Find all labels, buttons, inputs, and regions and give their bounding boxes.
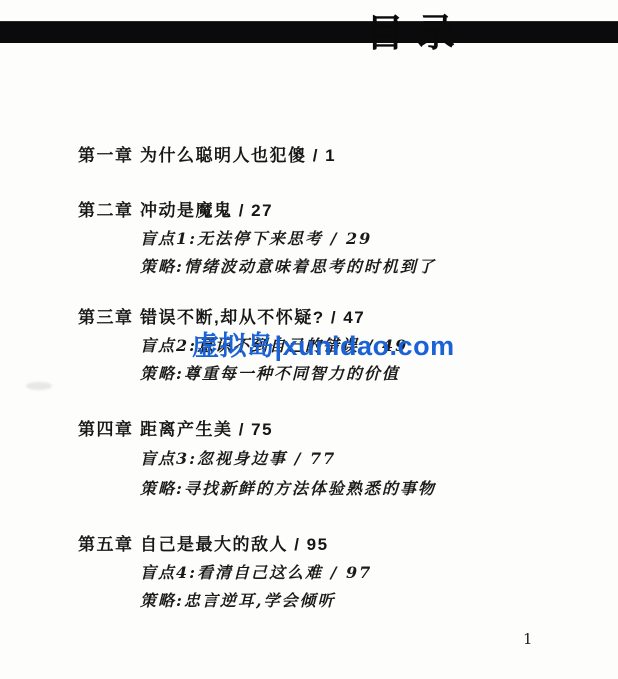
chapter-label: 第三章 — [78, 303, 140, 328]
chapter-title: 距离产生美 / 75 — [140, 420, 273, 439]
chapter-label: 第一章 — [78, 141, 140, 166]
toc-chapter-1: 第一章为什么聪明人也犯傻 / 1 — [78, 141, 336, 166]
toc-chapter-4: 第四章距离产生美 / 75 — [78, 415, 273, 440]
chapter-title: 自己是最大的敌人 / 95 — [140, 535, 329, 554]
page-number: 1 — [523, 630, 533, 648]
blind-spot-line: 盲点4:看清自己这么难 / 97 — [140, 560, 372, 583]
strategy-line: 策略:情绪波动意味着思考的时机到了 — [140, 254, 436, 277]
page-title: 目录 — [366, 2, 468, 57]
strategy-line: 策略:忠言逆耳,学会倾听 — [140, 588, 335, 611]
chapter-label: 第五章 — [78, 530, 140, 555]
chapter-label: 第四章 — [78, 415, 140, 440]
strategy-line: 策略:寻找新鲜的方法体验熟悉的事物 — [140, 476, 436, 499]
chapter-title: 冲动是魔鬼 / 27 — [140, 201, 273, 220]
site-watermark: 虚拟岛|xunidao.com — [192, 324, 455, 363]
chapter-title: 为什么聪明人也犯傻 / 1 — [140, 146, 336, 165]
blind-spot-line: 盲点1:无法停下来思考 / 29 — [140, 226, 372, 249]
scan-smudge — [26, 382, 52, 390]
header-bar — [0, 21, 618, 43]
toc-chapter-2: 第二章冲动是魔鬼 / 27 — [78, 196, 273, 221]
blind-spot-line: 盲点3:忽视身边事 / 77 — [140, 446, 336, 469]
chapter-label: 第二章 — [78, 196, 140, 221]
toc-page: 目录 第一章为什么聪明人也犯傻 / 1 第二章冲动是魔鬼 / 27 盲点1:无法… — [0, 0, 618, 679]
toc-chapter-5: 第五章自己是最大的敌人 / 95 — [78, 530, 329, 555]
strategy-line: 策略:尊重每一种不同智力的价值 — [140, 361, 400, 384]
